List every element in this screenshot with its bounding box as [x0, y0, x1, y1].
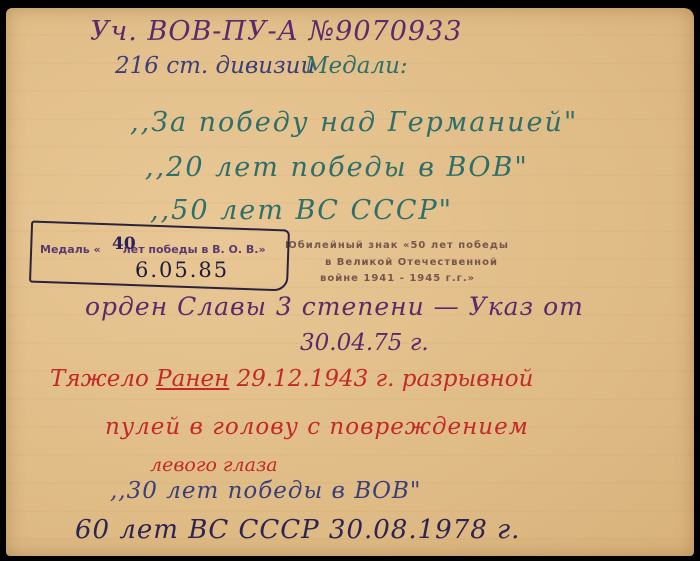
stamp-text: Медаль «лет победы в В. О. В.»	[40, 243, 266, 256]
faint-stamp-line-2: в Великой Отечественной	[325, 257, 498, 268]
stamp-date: 6.05.85	[135, 258, 229, 282]
faint-stamp-line-3: войне 1941 - 1945 г.г.»	[320, 273, 475, 284]
wound-prefix: Тяжело	[50, 366, 149, 392]
order-line: орден Славы 3 степени — Указ от	[85, 292, 584, 321]
stamp-text-before: Медаль «	[40, 243, 101, 256]
stamp-text-after: лет победы в В. О. В.»	[123, 243, 266, 256]
medal-line-1: ,,За победу над Германией"	[130, 107, 578, 138]
medal-line-4: ,,30 лет победы в ВОВ"	[110, 478, 421, 504]
unit-line: 216 ст. дивизии	[115, 53, 315, 79]
wound-underlined: Ранен	[156, 366, 229, 392]
medals-label: Медали:	[305, 53, 408, 79]
wound-line-1: Тяжело Ранен 29.12.1943 г. разрывной	[50, 366, 533, 392]
stamp-number: 40	[112, 234, 136, 254]
medal-line-5: 60 лет ВС СССР 30.08.1978 г.	[75, 515, 520, 545]
wound-suffix: 29.12.1943 г. разрывной	[237, 366, 534, 392]
medal-line-2: ,,20 лет победы в ВОВ"	[145, 152, 529, 183]
faint-stamp-line-1: Юбилейный знак «50 лет победы	[285, 240, 509, 251]
medal-line-3: ,,50 лет ВС СССР"	[150, 195, 453, 226]
wound-line-3: левого глаза	[150, 454, 278, 476]
order-date: 30.04.75 г.	[300, 330, 429, 356]
wound-line-2: пулей в голову с повреждением	[105, 414, 529, 440]
registration-number: Уч. ВОВ-ПУ-А №9070933	[90, 16, 462, 47]
